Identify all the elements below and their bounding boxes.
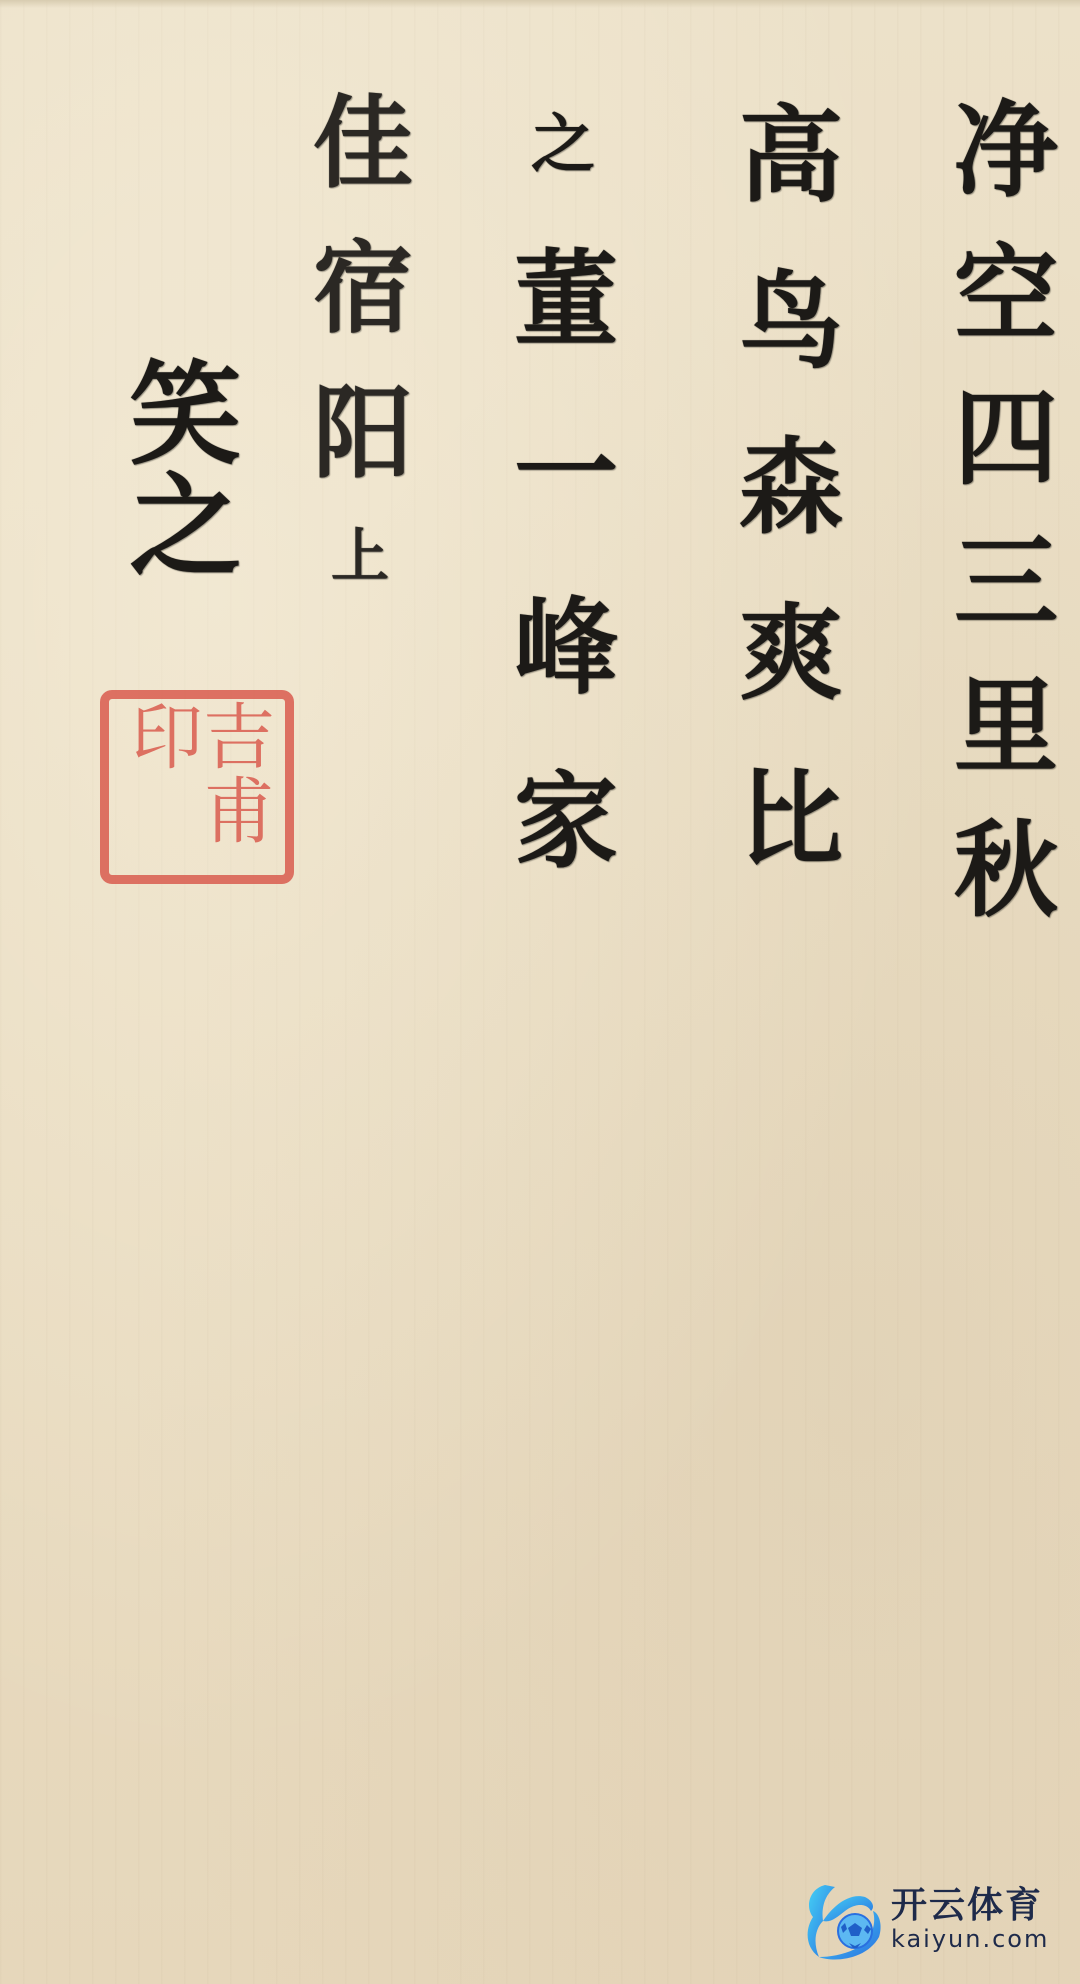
calligraphy-column-2: 高鸟森爽比	[730, 100, 834, 930]
calligraphy-small-char: 上	[321, 525, 389, 628]
calligraphy-column-4-text: 佳宿阳	[296, 90, 414, 525]
calligraphy-small-char: 之	[520, 110, 595, 244]
k-soccer-ball-logo-icon	[795, 1877, 885, 1963]
paper-top-edge	[0, 0, 1080, 8]
red-seal-stamp: 吉甫印	[100, 690, 294, 884]
artist-signature: 笑之	[120, 355, 232, 579]
watermark-brand-en: kaiyun.com	[891, 1925, 1049, 1954]
calligraphy-column-3: 之董一峰家	[505, 110, 609, 940]
calligraphy-column-3-text: 董一峰家	[496, 244, 619, 940]
seal-text: 吉甫印	[125, 699, 269, 875]
calligraphy-column-1: 净空四三里秋	[945, 95, 1049, 959]
calligraphy-column-4: 佳宿阳上	[305, 90, 405, 628]
watermark-brand-cn: 开云体育	[891, 1886, 1049, 1926]
watermark-text: 开云体育 kaiyun.com	[891, 1886, 1049, 1954]
brand-watermark: 开云体育 kaiyun.com	[795, 1875, 1065, 1965]
